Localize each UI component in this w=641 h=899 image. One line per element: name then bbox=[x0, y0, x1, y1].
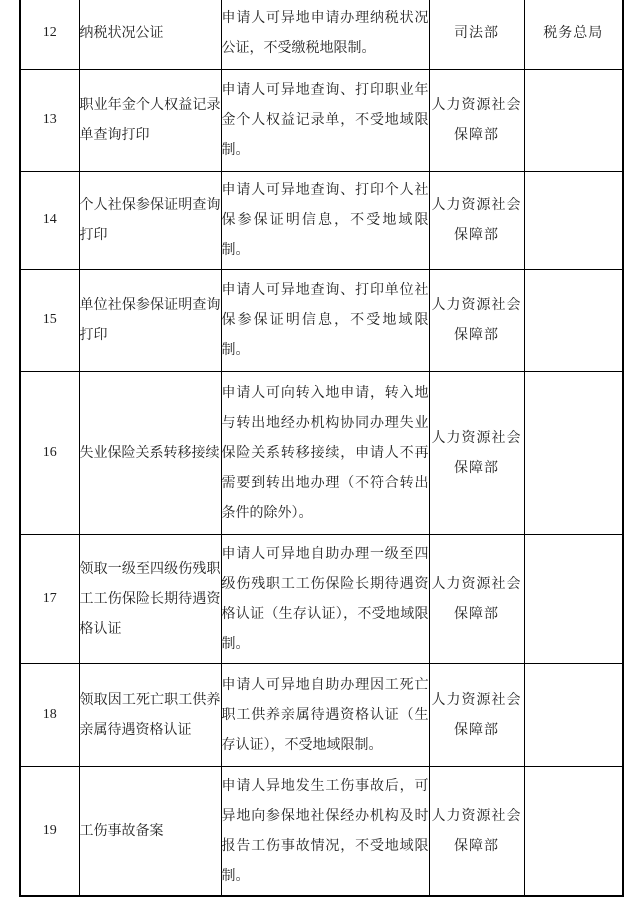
description-cell: 申请人可异地查询、打印个人社保参保证明信息，不受地域限制。 bbox=[221, 171, 429, 269]
description-cell: 申请人可异地自助办理一级至四级伤残职工工伤保险长期待遇资格认证（生存认证），不受… bbox=[221, 534, 429, 663]
table-container: 12 纳税状况公证 申请人可异地申请办理纳税状况公证，不受缴税地限制。 司法部 … bbox=[19, 0, 624, 897]
table-row: 13 职业年金个人权益记录单查询打印 申请人可异地查询、打印职业年金个人权益记录… bbox=[20, 69, 623, 171]
department-cell: 人力资源社会保障部 bbox=[429, 69, 524, 171]
cross-region-services-table: 12 纳税状况公证 申请人可异地申请办理纳税状况公证，不受缴税地限制。 司法部 … bbox=[19, 0, 624, 897]
table-row: 16 失业保险关系转移接续 申请人可向转入地申请，转入地与转出地经办机构协同办理… bbox=[20, 371, 623, 534]
table-row: 18 领取因工死亡职工供养亲属待遇资格认证 申请人可异地自助办理因工死亡职工供养… bbox=[20, 663, 623, 766]
department-cell: 人力资源社会保障部 bbox=[429, 371, 524, 534]
description-cell: 申请人可异地自助办理因工死亡职工供养亲属待遇资格认证（生存认证），不受地域限制。 bbox=[221, 663, 429, 766]
table-row: 14 个人社保参保证明查询打印 申请人可异地查询、打印个人社保参保证明信息，不受… bbox=[20, 171, 623, 269]
item-name-cell: 工伤事故备案 bbox=[79, 766, 221, 896]
table-row: 17 领取一级至四级伤残职工工伤保险长期待遇资格认证 申请人可异地自助办理一级至… bbox=[20, 534, 623, 663]
row-number-cell: 16 bbox=[20, 371, 79, 534]
co-department-cell bbox=[524, 171, 623, 269]
co-department-cell bbox=[524, 534, 623, 663]
department-cell: 人力资源社会保障部 bbox=[429, 534, 524, 663]
co-department-cell bbox=[524, 663, 623, 766]
co-department-cell bbox=[524, 371, 623, 534]
department-cell: 人力资源社会保障部 bbox=[429, 766, 524, 896]
co-department-cell bbox=[524, 69, 623, 171]
row-number-cell: 19 bbox=[20, 766, 79, 896]
co-department-cell: 税务总局 bbox=[524, 0, 623, 69]
item-name-cell: 领取因工死亡职工供养亲属待遇资格认证 bbox=[79, 663, 221, 766]
description-cell: 申请人可向转入地申请，转入地与转出地经办机构协同办理失业保险关系转移接续，申请人… bbox=[221, 371, 429, 534]
department-cell: 人力资源社会保障部 bbox=[429, 171, 524, 269]
document-page: 12 纳税状况公证 申请人可异地申请办理纳税状况公证，不受缴税地限制。 司法部 … bbox=[0, 0, 641, 899]
table-row: 12 纳税状况公证 申请人可异地申请办理纳税状况公证，不受缴税地限制。 司法部 … bbox=[20, 0, 623, 69]
row-number-cell: 14 bbox=[20, 171, 79, 269]
description-cell: 申请人可异地申请办理纳税状况公证，不受缴税地限制。 bbox=[221, 0, 429, 69]
department-cell: 司法部 bbox=[429, 0, 524, 69]
item-name-cell: 领取一级至四级伤残职工工伤保险长期待遇资格认证 bbox=[79, 534, 221, 663]
item-name-cell: 单位社保参保证明查询打印 bbox=[79, 269, 221, 371]
row-number-cell: 17 bbox=[20, 534, 79, 663]
item-name-cell: 职业年金个人权益记录单查询打印 bbox=[79, 69, 221, 171]
description-cell: 申请人可异地查询、打印职业年金个人权益记录单，不受地域限制。 bbox=[221, 69, 429, 171]
department-cell: 人力资源社会保障部 bbox=[429, 663, 524, 766]
item-name-cell: 个人社保参保证明查询打印 bbox=[79, 171, 221, 269]
item-name-cell: 纳税状况公证 bbox=[79, 0, 221, 69]
row-number-cell: 13 bbox=[20, 69, 79, 171]
description-cell: 申请人可异地查询、打印单位社保参保证明信息，不受地域限制。 bbox=[221, 269, 429, 371]
row-number-cell: 15 bbox=[20, 269, 79, 371]
description-cell: 申请人异地发生工伤事故后，可异地向参保地社保经办机构及时报告工伤事故情况，不受地… bbox=[221, 766, 429, 896]
co-department-cell bbox=[524, 766, 623, 896]
department-cell: 人力资源社会保障部 bbox=[429, 269, 524, 371]
co-department-cell bbox=[524, 269, 623, 371]
table-row: 19 工伤事故备案 申请人异地发生工伤事故后，可异地向参保地社保经办机构及时报告… bbox=[20, 766, 623, 896]
row-number-cell: 18 bbox=[20, 663, 79, 766]
row-number-cell: 12 bbox=[20, 0, 79, 69]
item-name-cell: 失业保险关系转移接续 bbox=[79, 371, 221, 534]
table-row: 15 单位社保参保证明查询打印 申请人可异地查询、打印单位社保参保证明信息，不受… bbox=[20, 269, 623, 371]
